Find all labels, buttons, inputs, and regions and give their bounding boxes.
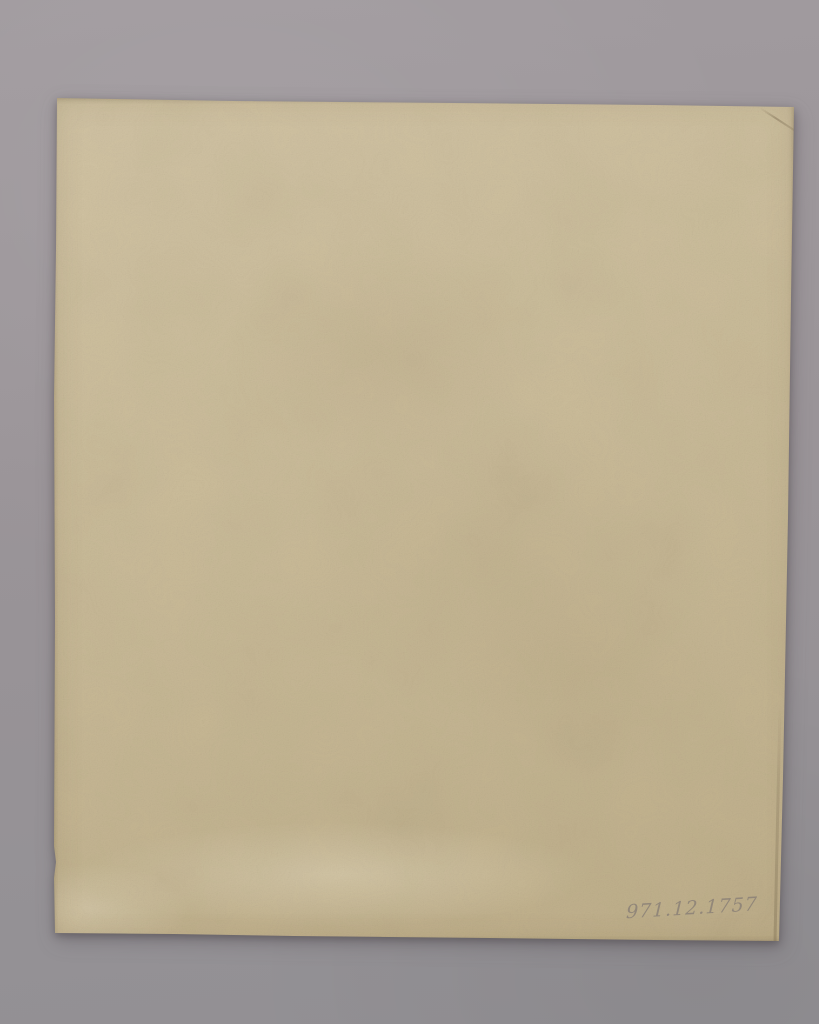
paper-sheet: 971.12.1757 [54,98,795,942]
crease-top-right [759,107,800,135]
paper-mottle-texture [54,98,795,942]
fold-line-right-edge [774,703,782,941]
paper-grain-texture [54,98,795,942]
paper-sheet-wrapper: 971.12.1757 [54,98,795,942]
accession-number-inscription: 971.12.1757 [626,893,767,924]
